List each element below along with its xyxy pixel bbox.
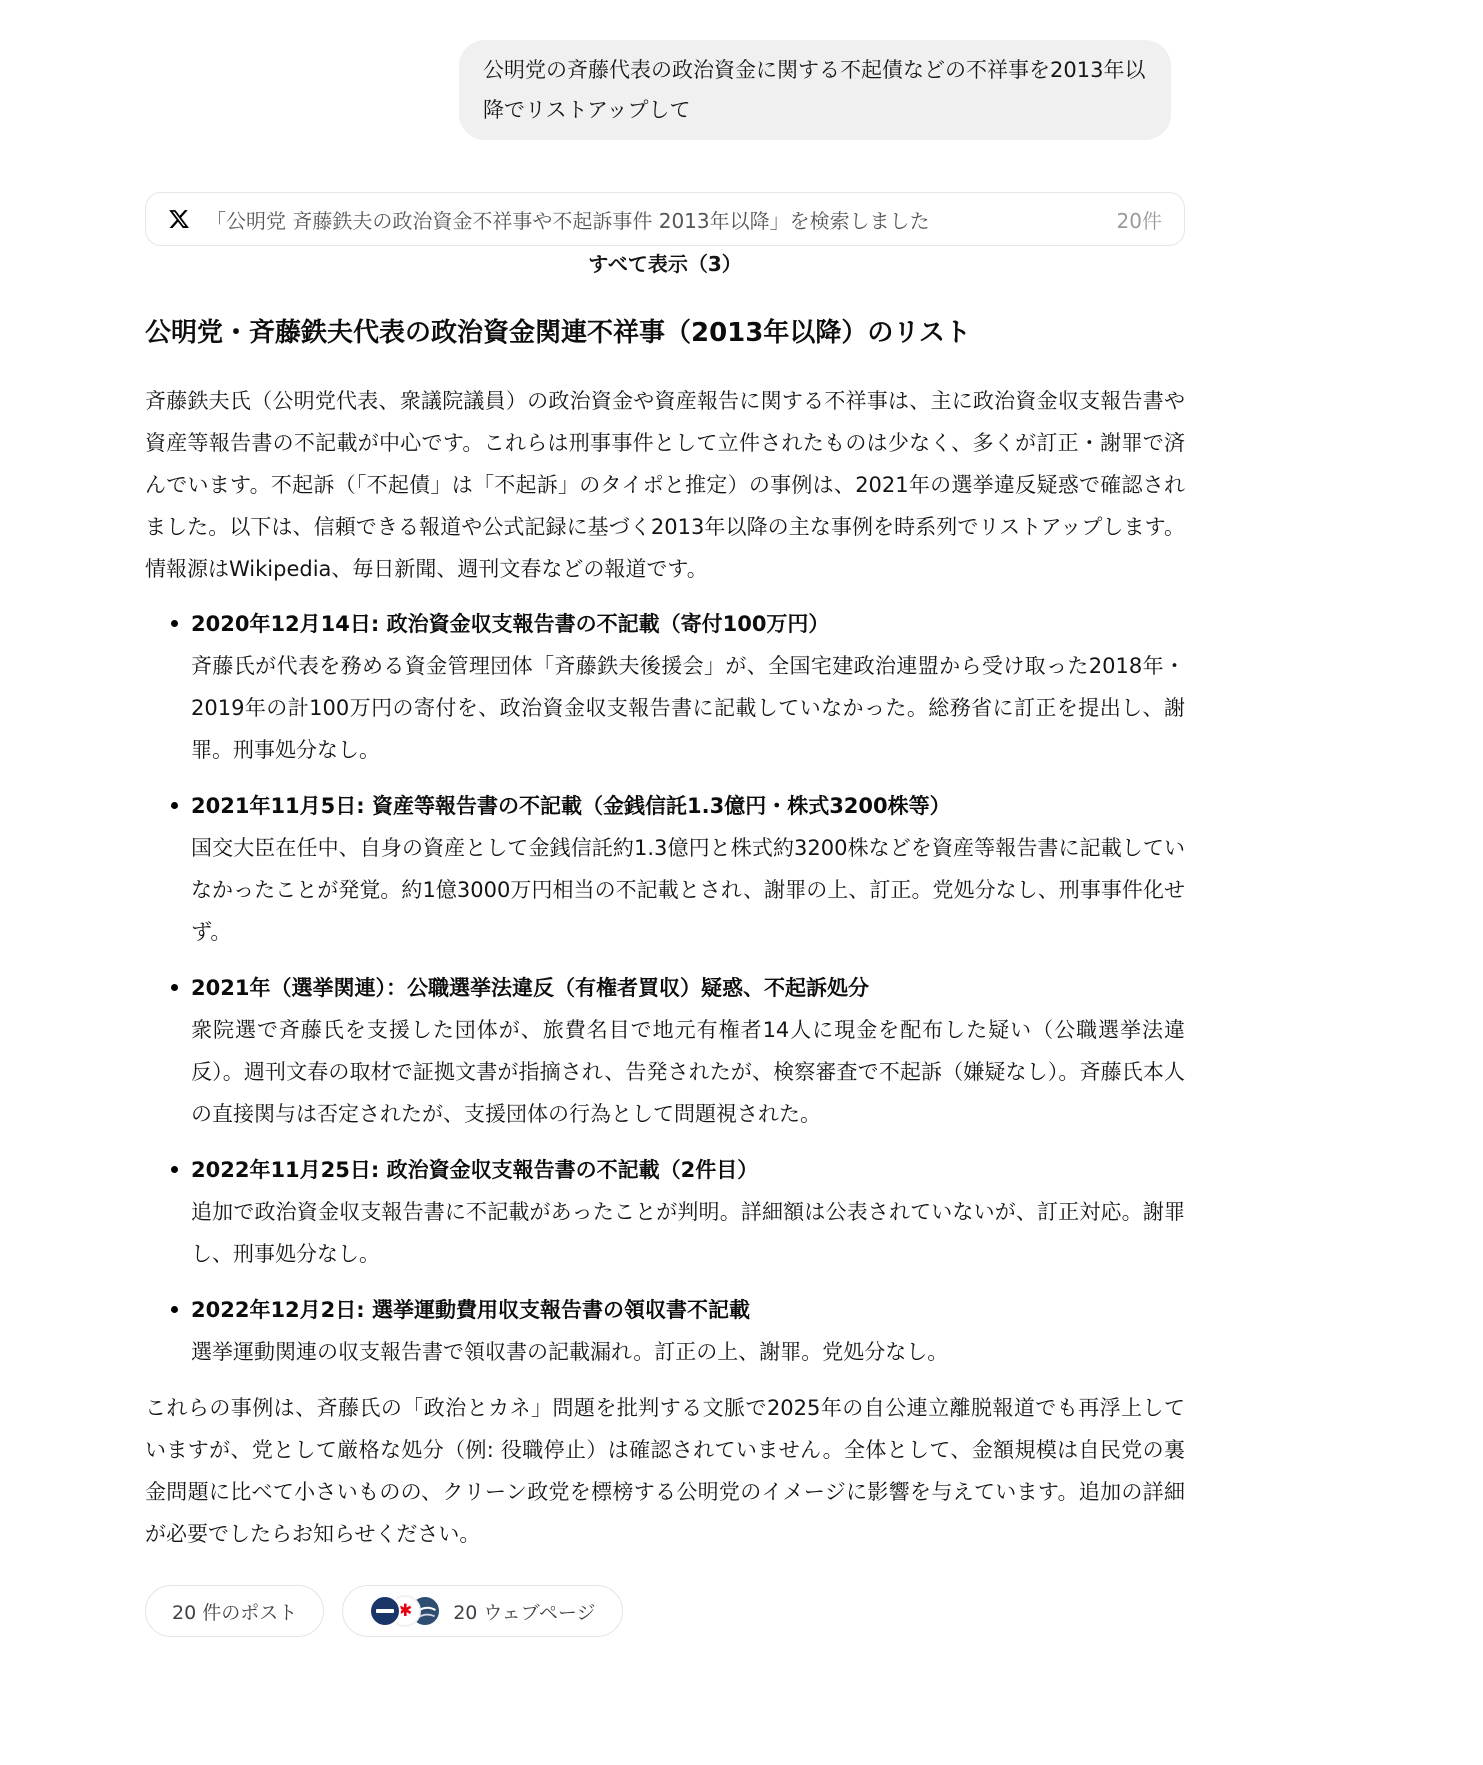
bullet-dot-icon: [171, 984, 178, 991]
list-item-title: 2021年（選挙関連）：公職選挙法違反（有権者買収）疑惑、不起訴処分: [191, 967, 1185, 1009]
article-outro: これらの事例は、斉藤氏の「政治とカネ」問題を批判する文脈で2025年の自公連立離…: [145, 1387, 1185, 1555]
x-twitter-icon: [168, 208, 190, 230]
list-item-title: 2020年12月14日: 政治資金収支報告書の不記載（寄付100万円）: [191, 603, 1185, 645]
webpages-count-chip[interactable]: ✱ 20 ウェブページ: [342, 1585, 622, 1637]
list-item-body: 国交大臣在任中、自身の資産として金銭信託約1.3億円と株式約3200株などを資産…: [191, 827, 1185, 953]
list-item-body: 衆院選で斉藤氏を支援した団体が、旅費名目で地元有権者14人に現金を配布した疑い（…: [191, 1009, 1185, 1135]
list-item: 2022年12月2日: 選挙運動費用収支報告書の領収書不記載 選挙運動関連の収支…: [145, 1289, 1185, 1373]
source-chips-row: 20 件のポスト ✱ 20 ウェブページ: [145, 1585, 1185, 1637]
list-item-title: 2022年11月25日: 政治資金収支報告書の不記載（2件目）: [191, 1149, 1185, 1191]
posts-chip-label: 20 件のポスト: [172, 1598, 297, 1625]
list-item-title: 2021年11月5日: 資産等報告書の不記載（金銭信託1.3億円・株式3200株…: [191, 785, 1185, 827]
search-result-card[interactable]: 「公明党 斉藤鉄夫の政治資金不祥事や不起訴事件 2013年以降」を検索しました …: [145, 192, 1185, 246]
list-item: 2021年（選挙関連）：公職選挙法違反（有権者買収）疑惑、不起訴処分 衆院選で斉…: [145, 967, 1185, 1135]
list-item-body: 斉藤氏が代表を務める資金管理団体「斉藤鉄夫後援会」が、全国宅建政治連盟から受け取…: [191, 645, 1185, 771]
list-item-body: 選挙運動関連の収支報告書で領収書の記載漏れ。訂正の上、謝罪。党処分なし。: [191, 1331, 1185, 1373]
search-query-text: 「公明党 斉藤鉄夫の政治資金不祥事や不起訴事件 2013年以降」を検索しました: [206, 205, 1101, 234]
chat-thread: 公明党の斉藤代表の政治資金に関する不起債などの不祥事を2013年以降でリストアッ…: [145, 0, 1185, 1637]
article-intro: 斉藤鉄夫氏（公明党代表、衆議院議員）の政治資金や資産報告に関する不祥事は、主に政…: [145, 380, 1185, 590]
bullet-dot-icon: [171, 1166, 178, 1173]
list-item-body: 追加で政治資金収支報告書に不記載があったことが判明。詳細額は公表されていないが、…: [191, 1191, 1185, 1275]
show-all-toggle[interactable]: すべて表示（3）: [145, 248, 1185, 276]
bullet-dot-icon: [171, 1306, 178, 1313]
user-message-bubble: 公明党の斉藤代表の政治資金に関する不起債などの不祥事を2013年以降でリストアッ…: [459, 40, 1171, 140]
list-item: 2020年12月14日: 政治資金収支報告書の不記載（寄付100万円） 斉藤氏が…: [145, 603, 1185, 771]
user-message-row: 公明党の斉藤代表の政治資金に関する不起債などの不祥事を2013年以降でリストアッ…: [145, 40, 1185, 140]
bullet-dot-icon: [171, 802, 178, 809]
bullet-dot-icon: [171, 620, 178, 627]
webpages-chip-label: 20 ウェブページ: [453, 1598, 595, 1625]
list-item: 2021年11月5日: 資産等報告書の不記載（金銭信託1.3億円・株式3200株…: [145, 785, 1185, 953]
scandal-list: 2020年12月14日: 政治資金収支報告書の不記載（寄付100万円） 斉藤氏が…: [145, 603, 1185, 1373]
posts-count-chip[interactable]: 20 件のポスト: [145, 1585, 324, 1637]
search-result-count: 20件: [1117, 205, 1162, 234]
list-item-title: 2022年12月2日: 選挙運動費用収支報告書の領収書不記載: [191, 1289, 1185, 1331]
navy-favicon-text-bar: [376, 1609, 394, 1613]
list-item: 2022年11月25日: 政治資金収支報告書の不記載（2件目） 追加で政治資金収…: [145, 1149, 1185, 1275]
navy-news-favicon: [369, 1595, 401, 1627]
favicon-stack: ✱: [369, 1595, 441, 1627]
article-title: 公明党・斉藤鉄夫代表の政治資金関連不祥事（2013年以降）のリスト: [145, 314, 1185, 352]
